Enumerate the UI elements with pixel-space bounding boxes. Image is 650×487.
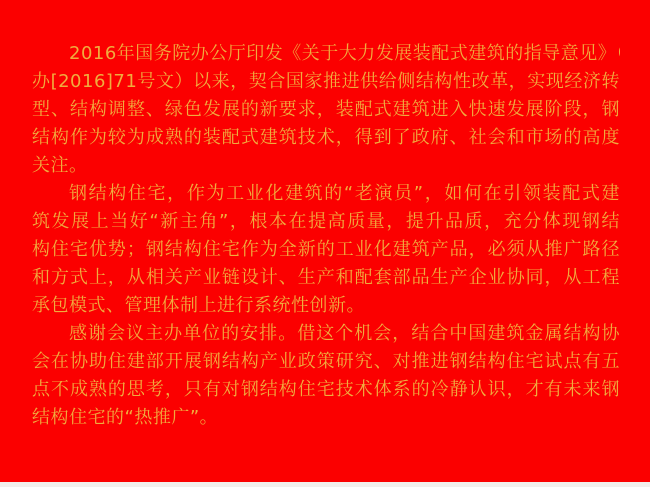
text-line: 会在协助住建部开展钢结构产业政策研究、对推进钢结构住宅试点有五 — [32, 348, 620, 376]
text-line: 型、结构调整、绿色发展的新要求，装配式建筑进入快速发展阶段，钢 — [32, 96, 620, 124]
text-line: 结构作为较为成熟的装配式建筑技术，得到了政府、社会和市场的高度 — [32, 124, 620, 152]
text-line: 关注。 — [32, 152, 620, 180]
text-line: 感谢会议主办单位的安排。借这个机会，结合中国建筑金属结构协 — [32, 320, 620, 348]
text-line: 承包模式、管理体制上进行系统性创新。 — [32, 292, 620, 320]
bottom-margin-strip — [0, 482, 650, 487]
text-line: 筑发展上当好“新主角”，根本在提高质量，提升品质，充分体现钢结 — [32, 208, 620, 236]
text-line: 构住宅优势；钢结构住宅作为全新的工业化建筑产品，必须从推广路径 — [32, 236, 620, 264]
text-line: 2016年国务院办公厅印发《关于大力发展装配式建筑的指导意见》（国 — [32, 40, 620, 68]
body-text: 2016年国务院办公厅印发《关于大力发展装配式建筑的指导意见》（国办[2016]… — [32, 40, 620, 432]
text-line: 结构住宅的“热推广”。 — [32, 404, 620, 432]
text-line: 办[2016]71号文）以来，契合国家推进供给侧结构性改革，实现经济转 — [32, 68, 620, 96]
slide-background: 2016年国务院办公厅印发《关于大力发展装配式建筑的指导意见》（国办[2016]… — [0, 0, 650, 487]
text-line: 钢结构住宅，作为工业化建筑的“老演员”，如何在引领装配式建 — [32, 180, 620, 208]
text-line: 和方式上，从相关产业链设计、生产和配套部品生产企业协同，从工程 — [32, 264, 620, 292]
text-line: 点不成熟的思考，只有对钢结构住宅技术体系的冷静认识，才有未来钢 — [32, 376, 620, 404]
